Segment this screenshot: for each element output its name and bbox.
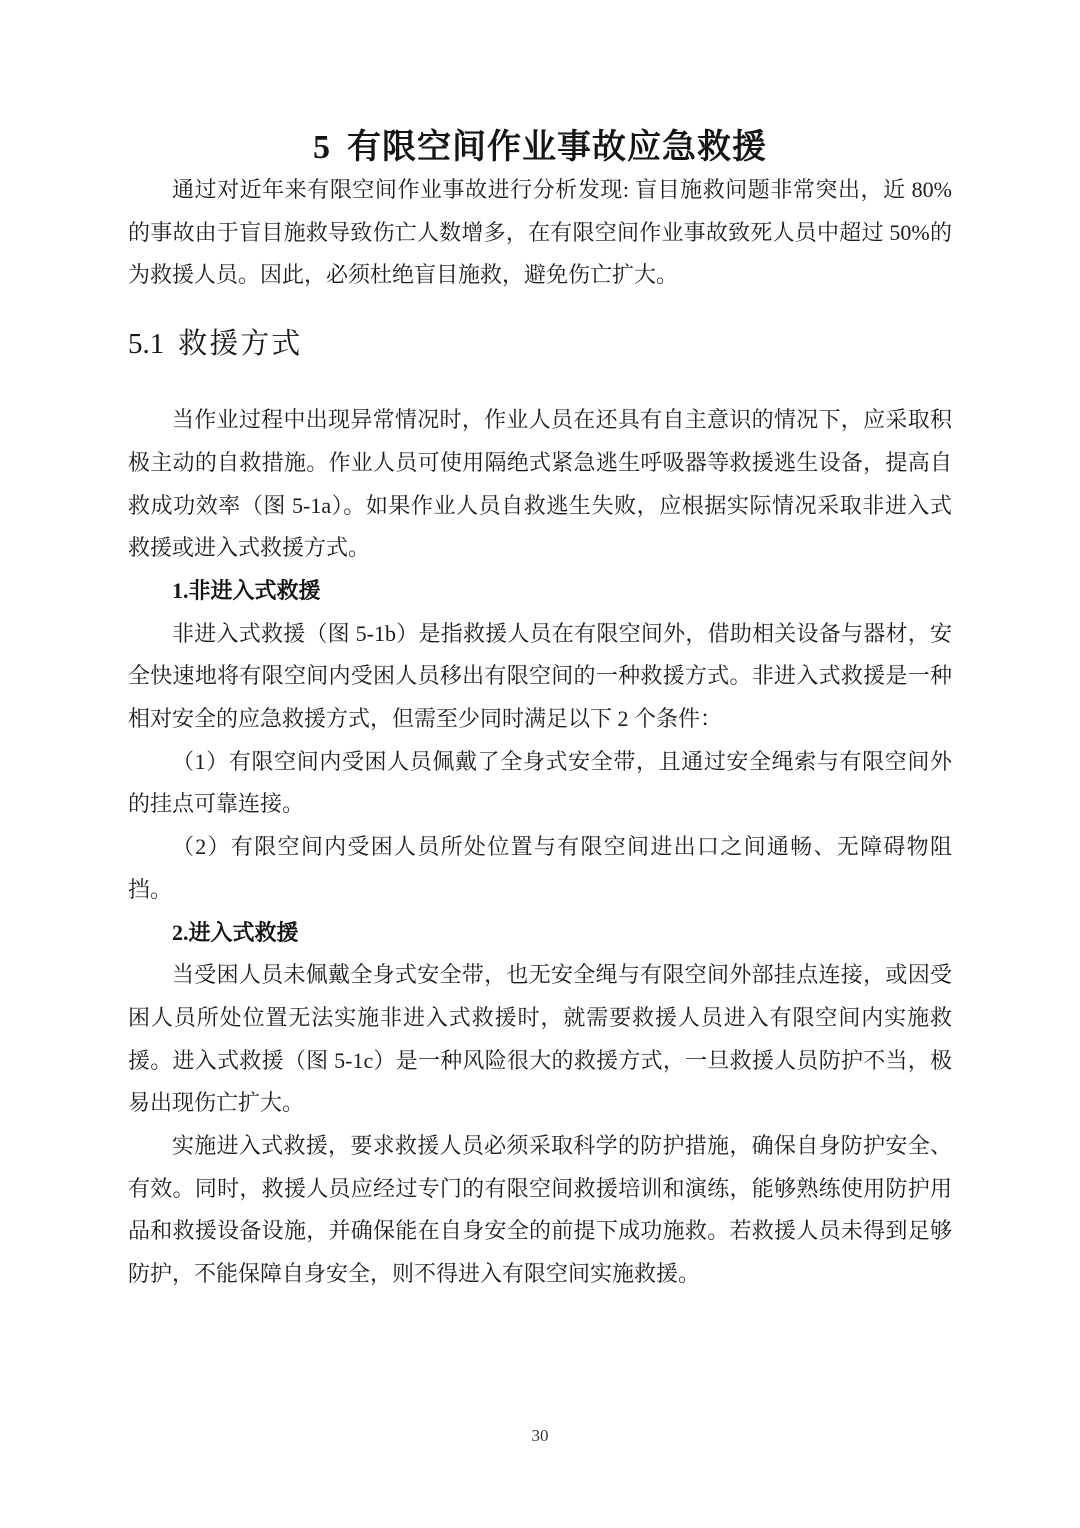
chapter-title-text: 有限空间作业事故应急救援: [347, 128, 767, 166]
document-page: 5有限空间作业事故应急救援 通过对近年来有限空间作业事故进行分析发现: 盲目施救…: [0, 0, 1080, 1528]
body-paragraph: 当作业过程中出现异常情况时，作业人员在还具有自主意识的情况下，应采取积极主动的自…: [128, 399, 952, 570]
body-paragraph: 当受困人员未佩戴全身式安全带，也无安全绳与有限空间外部挂点连接，或因受困人员所处…: [128, 954, 952, 1125]
chapter-title: 5有限空间作业事故应急救援: [128, 0, 952, 169]
condition-item-1: （1）有限空间内受困人员佩戴了全身式安全带，且通过安全绳索与有限空间外的挂点可靠…: [128, 741, 952, 826]
subheading-non-entry-rescue: 1.非进入式救援: [128, 570, 952, 613]
page-number: 30: [0, 1424, 1080, 1448]
subheading-entry-rescue: 2.进入式救援: [128, 912, 952, 955]
intro-paragraph: 通过对近年来有限空间作业事故进行分析发现: 盲目施救问题非常突出，近 80%的事…: [128, 169, 952, 297]
section-heading: 5.1救援方式: [128, 321, 952, 367]
condition-item-2: （2）有限空间内受困人员所处位置与有限空间进出口之间通畅、无障碍物阻挡。: [128, 826, 952, 911]
section-heading-text: 救援方式: [178, 328, 302, 360]
body-paragraph: 非进入式救援（图 5-1b）是指救援人员在有限空间外，借助相关设备与器材，安全快…: [128, 613, 952, 741]
section-number: 5.1: [128, 328, 164, 360]
body-paragraph: 实施进入式救援，要求救援人员必须采取科学的防护措施，确保自身防护安全、有效。同时…: [128, 1125, 952, 1296]
page-content: 5有限空间作业事故应急救援 通过对近年来有限空间作业事故进行分析发现: 盲目施救…: [128, 0, 952, 1296]
chapter-number: 5: [313, 129, 331, 166]
